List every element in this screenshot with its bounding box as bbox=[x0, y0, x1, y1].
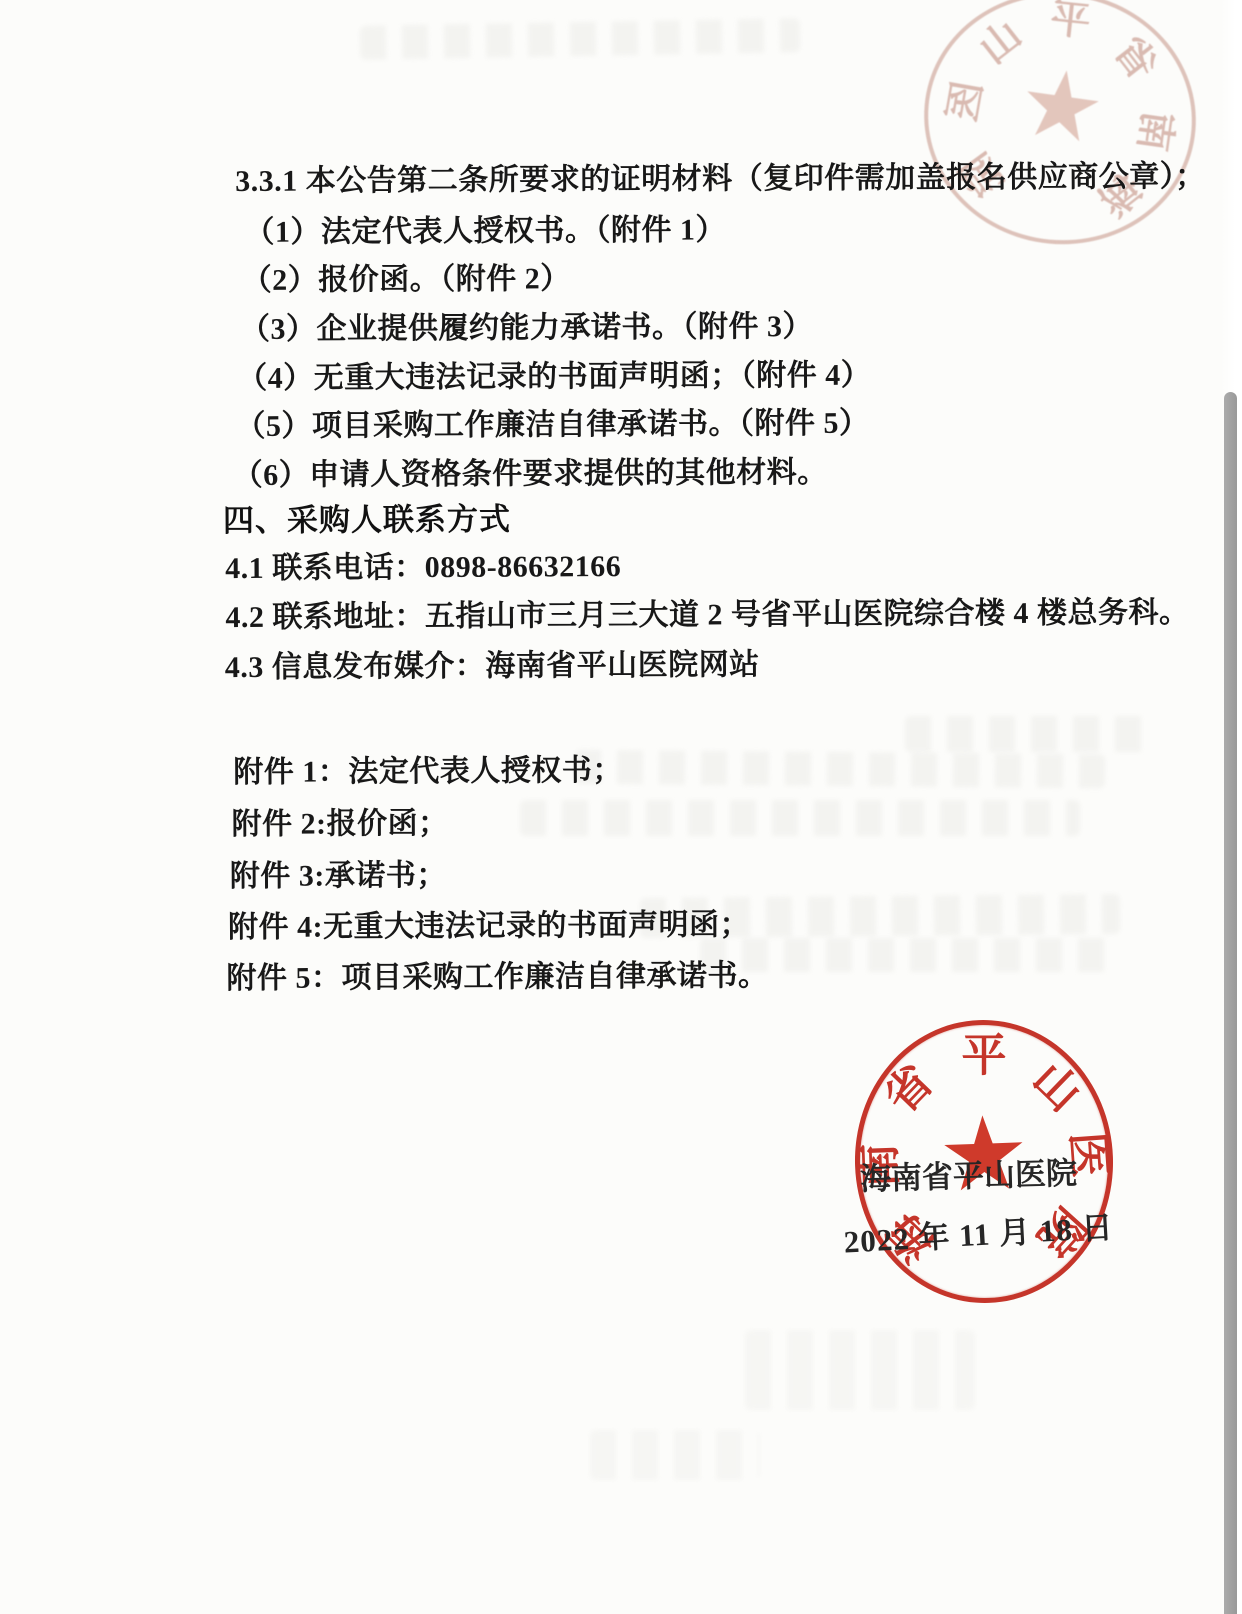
section-heading: 四、采购人联系方式 bbox=[223, 501, 511, 540]
scrollbar-thumb[interactable] bbox=[1224, 392, 1237, 1614]
attachment-item: 附件 5：项目采购工作廉洁自律承诺书。 bbox=[226, 958, 768, 997]
seal-char: 平 bbox=[961, 1033, 1006, 1078]
list-item: （1）法定代表人授权书。（附件 1） bbox=[244, 212, 726, 251]
clause-331: 3.3.1 本公告第二条所要求的证明材料（复印件需加盖报名供应商公章）； bbox=[235, 159, 1206, 200]
contact-address: 4.2 联系地址：五指山市三月三大道 2 号省平山医院综合楼 4 楼总务科。 bbox=[225, 595, 1189, 636]
scanned-document-page: 海 南 省 平 山 医 院 ★ 3.3.1 本公告第二条所要求的证明材料（复印件… bbox=[0, 0, 1242, 1614]
official-seal: 海 南 省 平 山 医 院 ★ 海南省平山医院 2022 年 11 月 18 日 bbox=[850, 1016, 1118, 1308]
attachment-item: 附件 3:承诺书； bbox=[230, 858, 447, 895]
contact-media: 4.3 信息发布媒介：海南省平山医院网站 bbox=[225, 647, 760, 686]
document-body: 3.3.1 本公告第二条所要求的证明材料（复印件需加盖报名供应商公章）； （1）… bbox=[0, 0, 1242, 1614]
list-item: （5）项目采购工作廉洁自律承诺书。（附件 5） bbox=[235, 406, 869, 445]
list-item: （6）申请人资格条件要求提供的其他材料。 bbox=[233, 455, 828, 494]
attachment-item: 附件 4:无重大违法记录的书面声明函； bbox=[228, 907, 750, 946]
attachment-item: 附件 1：法定代表人授权书； bbox=[233, 753, 623, 791]
list-item: （2）报价函。（附件 2） bbox=[242, 261, 571, 299]
list-item: （3）企业提供履约能力承诺书。（附件 3） bbox=[240, 309, 813, 348]
list-item: （4）无重大违法记录的书面声明函；（附件 4） bbox=[237, 358, 871, 397]
attachment-item: 附件 2:报价函； bbox=[231, 806, 448, 843]
seal-org-name: 海南省平山医院 bbox=[839, 1147, 1098, 1199]
contact-phone: 4.1 联系电话：0898-86632166 bbox=[225, 549, 621, 587]
